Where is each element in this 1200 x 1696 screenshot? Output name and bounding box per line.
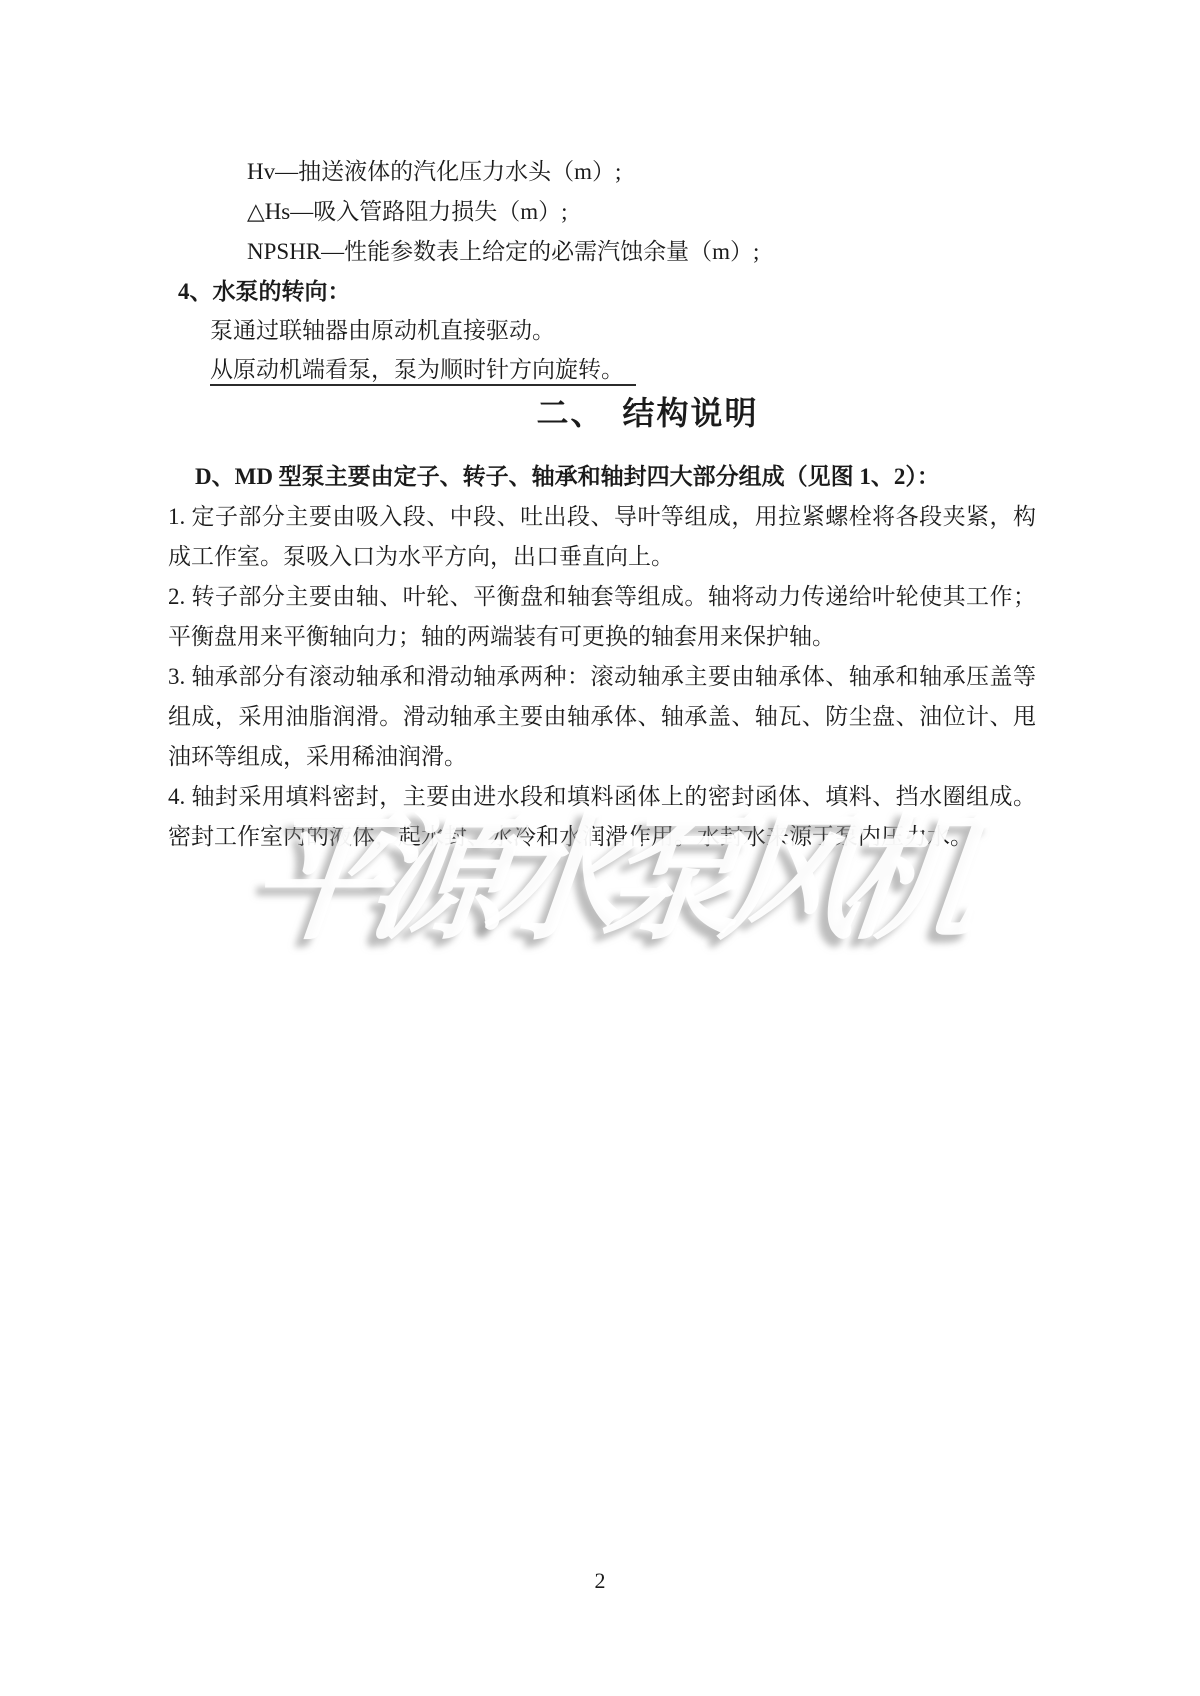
section4-number: 4、 <box>178 272 213 312</box>
paragraph-bearing: 3. 轴承部分有滚动轴承和滑动轴承两种：滚动轴承主要由轴承体、轴承和轴承压盖等组… <box>168 657 1036 777</box>
section4-heading: 4、水泵的转向： <box>178 272 351 312</box>
definition-line-hv: Hv—抽送液体的汽化压力水头（m）; <box>247 152 759 192</box>
paragraph-rotor: 2. 转子部分主要由轴、叶轮、平衡盘和轴套等组成。轴将动力传递给叶轮使其工作；平… <box>168 577 1036 657</box>
paragraph-stator: 1. 定子部分主要由吸入段、中段、吐出段、导叶等组成，用拉紧螺栓将各段夹紧，构成… <box>168 497 1036 577</box>
definition-line-hs: △Hs—吸入管路阻力损失（m）; <box>247 192 759 232</box>
definition-line-npshr: NPSHR—性能参数表上给定的必需汽蚀余量（m）; <box>247 232 759 272</box>
underlined-rotation-note: 从原动机端看泵，泵为顺时针方向旋转。 <box>210 350 636 386</box>
page-number: 2 <box>0 1568 1200 1594</box>
company-watermark: 平源水泵风机 <box>242 768 971 966</box>
chapter-heading: 二、 结构说明 <box>0 392 1200 434</box>
structure-intro-line: D、MD 型泵主要由定子、转子、轴承和轴封四大部分组成（见图 1、2）： <box>195 457 940 497</box>
section4-title: 水泵的转向： <box>213 279 351 304</box>
section4-text-line2: 从原动机端看泵，泵为顺时针方向旋转。 <box>210 350 636 390</box>
definition-list: Hv—抽送液体的汽化压力水头（m）; △Hs—吸入管路阻力损失（m）; NPSH… <box>247 152 759 272</box>
section4-text-line1: 泵通过联轴器由原动机直接驱动。 <box>210 311 555 351</box>
document-page: Hv—抽送液体的汽化压力水头（m）; △Hs—吸入管路阻力损失（m）; NPSH… <box>0 0 1200 1696</box>
